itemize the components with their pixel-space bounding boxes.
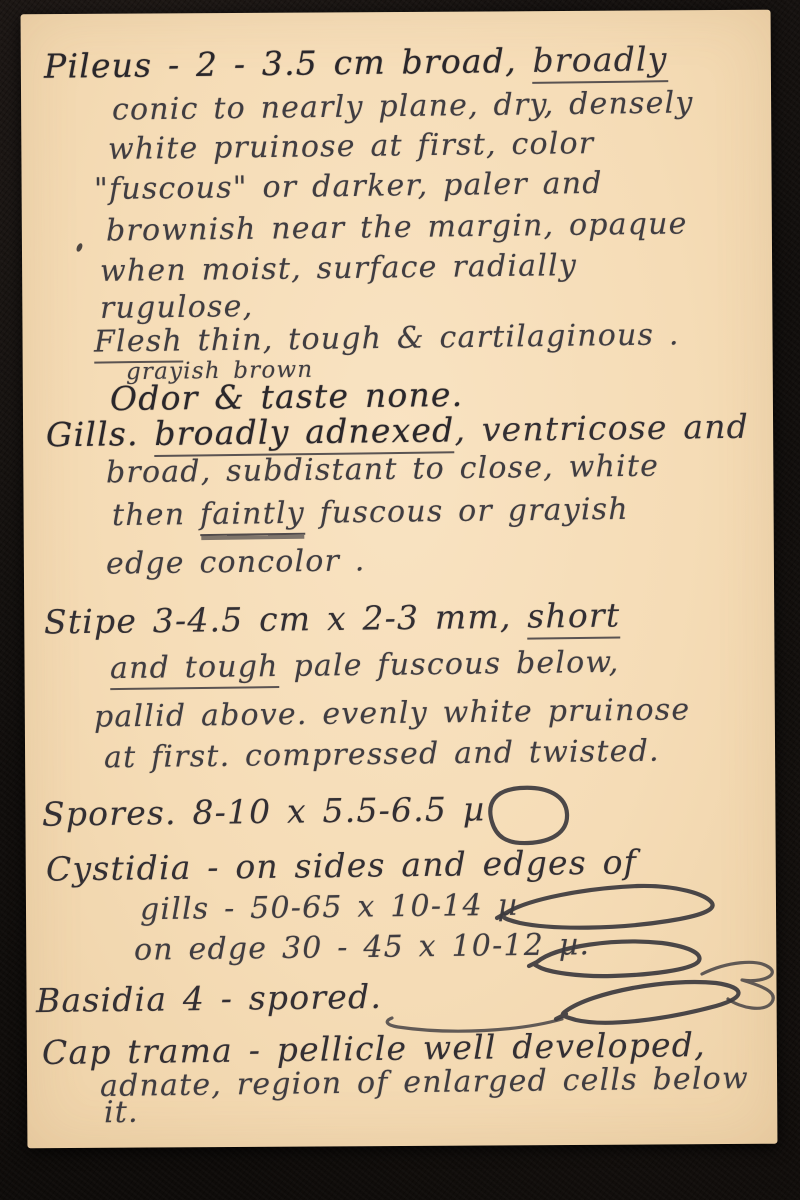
note-text-segment: it.: [104, 1095, 139, 1130]
line-stipe-4: at first. compressed and twisted.: [104, 737, 660, 774]
note-text-segment: "fuscous" or darker, paler and: [94, 166, 603, 207]
line-gills-heading: Gills. broadly adnexed, ventricose and: [46, 410, 749, 452]
note-text-segment: gills - 50-65 x 10-14 µ: [140, 888, 519, 928]
note-text-segment: Stipe 3-4.5 cm x 2-3 mm,: [44, 597, 528, 642]
note-text-segment: when moist, surface radially: [100, 248, 577, 289]
line-pileus-6: when moist, surface radially: [100, 251, 577, 287]
line-gills-4: edge concolor .: [106, 546, 366, 579]
line-pileus-2: conic to nearly plane, dry, densely: [112, 88, 694, 125]
line-spores: Spores. 8-10 x 5.5-6.5 µ: [42, 792, 486, 830]
line-gills-2: broad, subdistant to close, white: [106, 452, 659, 489]
underlined-phrase: broadly adnexed: [154, 410, 455, 457]
note-text-segment: rugulose,: [100, 289, 254, 326]
line-cap-trama-3: it.: [104, 1098, 139, 1128]
line-pileus-7: rugulose,: [100, 292, 254, 324]
note-text-segment: edge concolor .: [106, 543, 366, 581]
line-pileus-3: white pruinose at first, color: [108, 129, 595, 165]
double-underlined-word: faintly: [200, 496, 305, 536]
note-text-segment: Basidia 4 - spored.: [36, 977, 382, 1020]
note-text-segment: adnate, region of enlarged cells below: [100, 1061, 749, 1104]
handwritten-text-layer: Pileus - 2 - 3.5 cm broad, broadly conic…: [0, 0, 800, 1200]
note-text-segment: Pileus - 2 - 3.5 cm broad,: [44, 41, 533, 86]
underlined-word: Flesh: [94, 323, 183, 363]
underlined-word: broadly: [532, 39, 668, 84]
note-text-segment: broad, subdistant to close, white: [106, 449, 659, 491]
line-pileus-4: "fuscous" or darker, paler and: [94, 169, 603, 205]
note-text-segment: conic to nearly plane, dry, densely: [112, 85, 694, 127]
line-cystidia-3: on edge 30 - 45 x 10-12 µ.: [134, 930, 591, 966]
line-cystidia-2: gills - 50-65 x 10-14 µ: [140, 891, 519, 926]
line-gills-3: then faintly fuscous or grayish: [112, 495, 629, 531]
note-text-segment: at first. compressed and twisted.: [104, 734, 660, 776]
line-basidia: Basidia 4 - spored.: [36, 980, 382, 1017]
underlined-phrase: and tough: [110, 649, 279, 690]
note-text-segment: then: [112, 497, 200, 533]
line-cystidia-heading: Cystidia - on sides and edges of: [46, 845, 637, 885]
line-odor-taste: Odor & taste none.: [110, 378, 464, 415]
note-text-segment: Cystidia - on sides and edges of: [46, 842, 637, 888]
note-text-segment: on edge 30 - 45 x 10-12 µ.: [134, 927, 591, 968]
line-pileus-5: brownish near the margin, opaque: [106, 209, 688, 246]
line-pileus-heading: Pileus - 2 - 3.5 cm broad, broadly: [44, 42, 668, 83]
photo-of-note-card: { "note": { "description": "handwritten …: [0, 0, 800, 1200]
note-text-segment: Gills.: [46, 414, 155, 454]
note-text-segment: fuscous or grayish: [305, 492, 629, 531]
note-text-segment: pallid above. evenly white pruinose: [94, 692, 691, 734]
line-flesh: Flesh thin, tough & cartilaginous .: [94, 320, 680, 357]
line-stipe-heading: Stipe 3-4.5 cm x 2-3 mm, short: [44, 598, 621, 638]
note-text-segment: white pruinose at first, color: [108, 126, 595, 167]
note-text-segment: thin, tough & cartilaginous .: [183, 317, 680, 358]
line-cap-trama-2: adnate, region of enlarged cells below: [100, 1064, 749, 1102]
line-stipe-2: and tough pale fuscous below,: [110, 648, 620, 684]
note-text-segment: , ventricose and: [454, 407, 749, 450]
note-text-segment: brownish near the margin, opaque: [106, 206, 688, 248]
underlined-word: short: [527, 595, 621, 639]
note-text-segment: Spores. 8-10 x 5.5-6.5 µ: [42, 789, 486, 833]
line-stipe-3: pallid above. evenly white pruinose: [94, 695, 691, 732]
note-text-segment: pale fuscous below,: [279, 645, 620, 684]
